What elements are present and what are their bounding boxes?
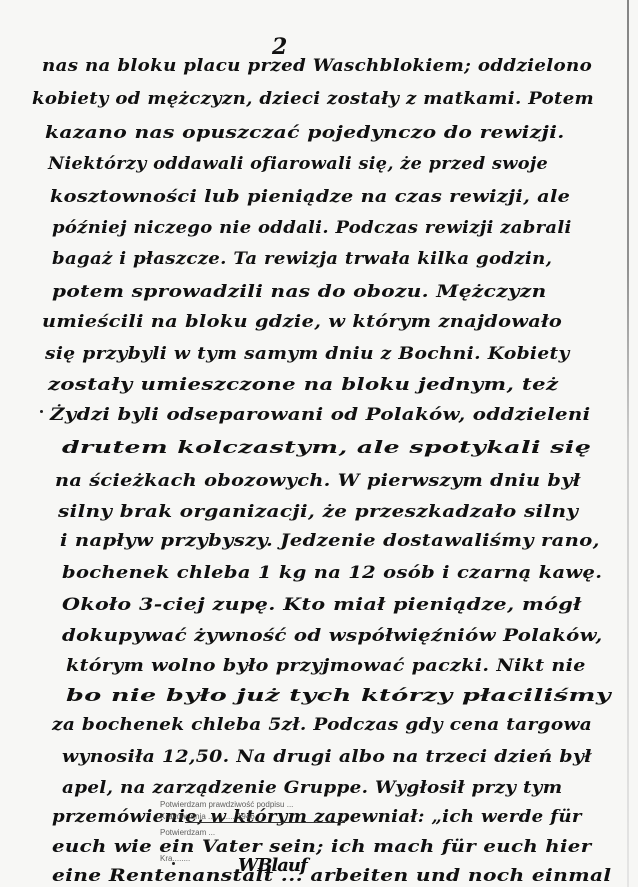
text-line: drutem kolczastym, ale spotykali się xyxy=(62,438,591,458)
text-line: zostały umieszczone na bloku jednym, też xyxy=(48,375,558,395)
stamp-line-4: Kra........ xyxy=(160,854,190,863)
text-line: Niektórzy oddawali ofiarowali się, że pr… xyxy=(48,154,548,174)
text-line: umieścili na bloku gdzie, w którym znajd… xyxy=(42,312,562,332)
scan-speck xyxy=(40,410,43,413)
text-line: potem sprowadzili nas do obozu. Mężczyzn xyxy=(52,282,547,302)
text-line: wynosiła 12,50. Na drugi albo na trzeci … xyxy=(62,747,592,767)
text-line: przemówienie, w którym zapewniał: „ich w… xyxy=(52,807,582,827)
page-edge-shadow xyxy=(627,0,629,887)
text-line: nas na bloku placu przed Waschblokiem; o… xyxy=(42,56,592,76)
text-line: później niczego nie oddali. Podczas rewi… xyxy=(52,218,572,238)
text-line: kosztowności lub pieniądze na czas rewiz… xyxy=(50,187,570,207)
text-line: kazano nas opuszczać pojedynczo do rewiz… xyxy=(45,123,565,143)
text-line: euch wie ein Vater sein; ich mach für eu… xyxy=(52,837,591,857)
text-line: i napływ przybyszy. Jedzenie dostawaliśm… xyxy=(60,531,600,551)
stamp-line-2: Kraków, dnia ............ 1946 xyxy=(160,812,255,821)
text-line: którym wolno było przyjmować paczki. Nik… xyxy=(66,656,586,676)
text-line: Żydzi byli odseparowani od Polaków, oddz… xyxy=(50,405,590,425)
text-line: bagaż i płaszcze. Ta rewizja trwała kilk… xyxy=(52,249,552,269)
stamp-line-3: Potwierdzam ... xyxy=(160,828,215,837)
text-line: kobiety od mężczyzn, dzieci zostały z ma… xyxy=(32,89,594,109)
text-line: silny brak organizacji, że przeszkadzało… xyxy=(58,502,578,522)
text-line: apel, na zarządzenie Gruppe. Wygłosił pr… xyxy=(62,778,562,798)
text-line: Około 3-ciej zupę. Kto miał pieniądze, m… xyxy=(62,595,581,615)
text-line: bo nie było już tych którzy płaciliśmy xyxy=(66,686,611,706)
stamp-rule xyxy=(185,822,345,823)
text-line: eine Rentenanstalt ... arbeiten und noch… xyxy=(52,866,611,886)
scan-speck xyxy=(172,862,175,865)
document-page: 2 nas na bloku placu przed Waschblokiem;… xyxy=(0,0,638,887)
stamp-line-1: Potwierdzam prawdziwość podpisu ... xyxy=(160,800,293,809)
text-line: za bochenek chleba 5zł. Podczas gdy cena… xyxy=(52,715,592,735)
signature: WBlauf xyxy=(238,855,307,876)
text-line: na ścieżkach obozowych. W pierwszym dniu… xyxy=(55,471,581,491)
text-line: dokupywać żywność od współwięźniów Polak… xyxy=(62,626,603,646)
text-line: się przybyli w tym samym dniu z Bochni. … xyxy=(45,344,570,364)
text-line: bochenek chleba 1 kg na 12 osób i czarną… xyxy=(62,563,602,583)
